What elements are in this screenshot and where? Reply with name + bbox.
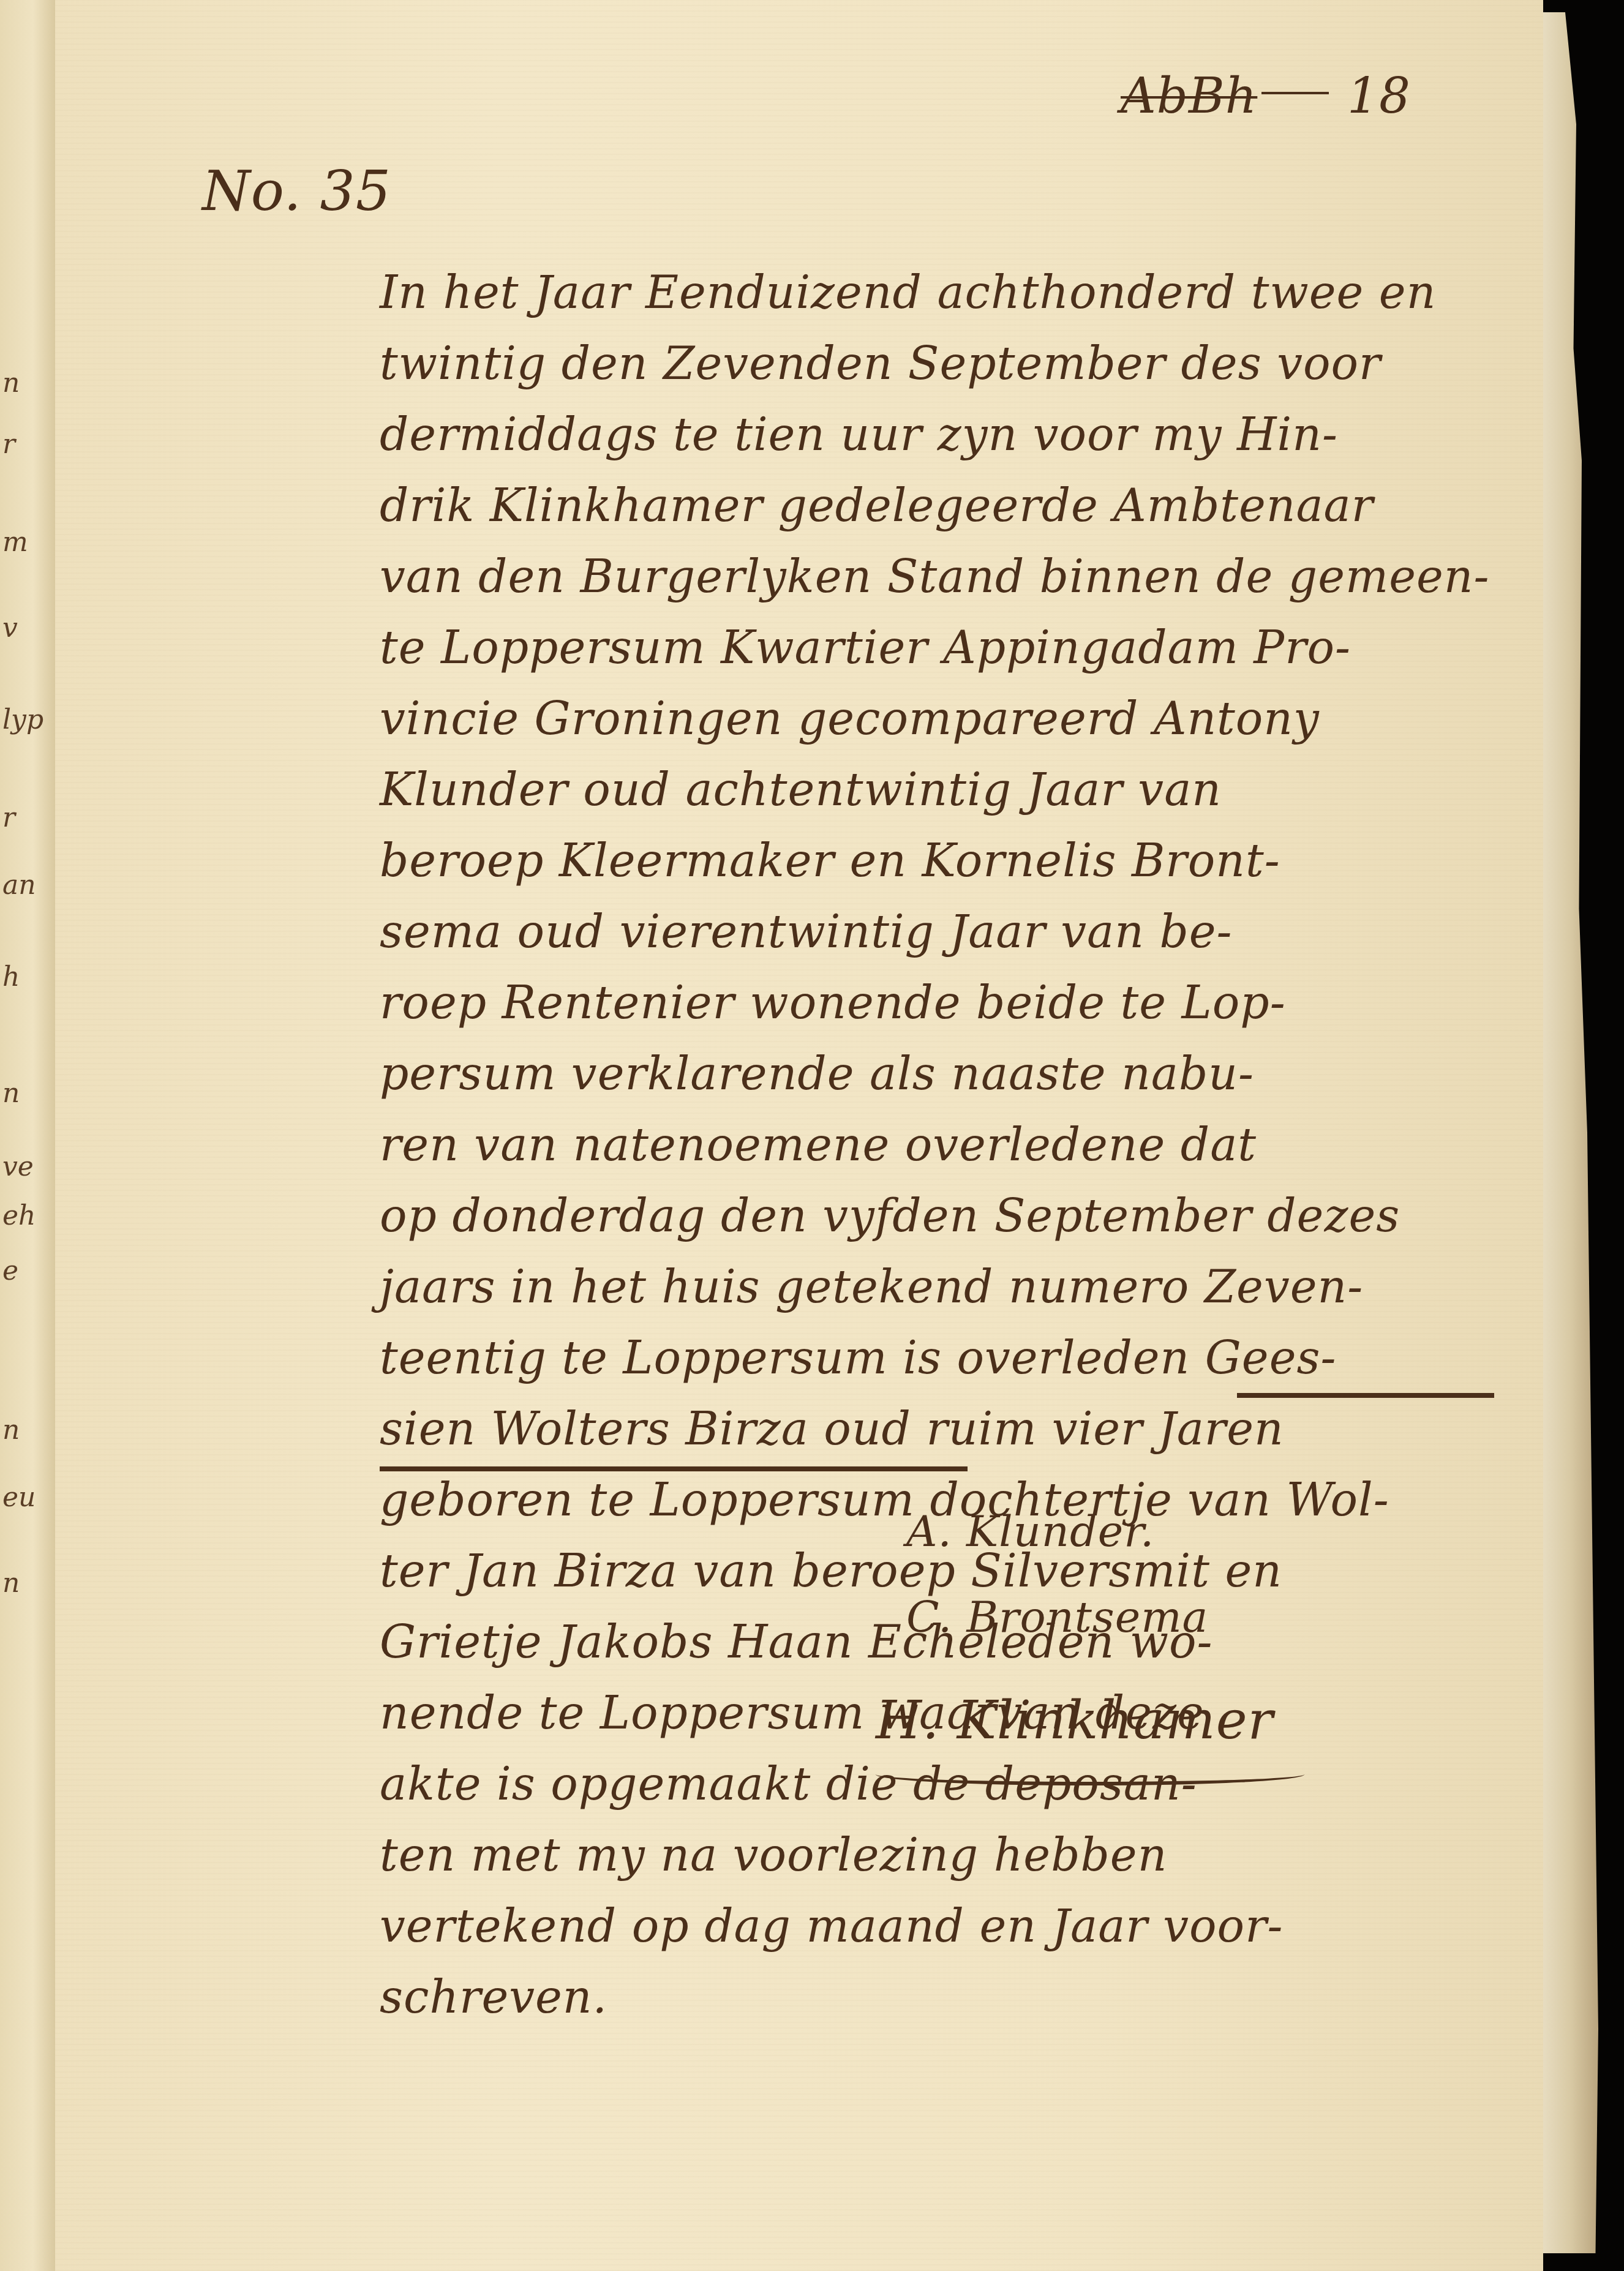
margin-fragment: r: [2, 802, 51, 833]
signature-klinkhamer: H. Klinkhamer: [876, 1690, 1274, 1751]
margin-fragment: h: [2, 961, 51, 993]
record-line: sema oud vierentwintig Jaar van be-: [380, 906, 1233, 958]
margin-fragment: m: [2, 527, 51, 558]
act-number: No. 35: [202, 159, 391, 223]
record-line: op donderdag den vyfden September dezes: [380, 1190, 1400, 1242]
record-line: In het Jaar Eenduizend achthonderd twee …: [380, 266, 1436, 319]
record-line: vincie Groningen gecompareerd Antony: [380, 693, 1320, 745]
record-line: twintig den Zevenden September des voor: [380, 337, 1381, 390]
margin-fragment: an: [2, 869, 51, 901]
record-line: vertekend op dag maand en Jaar voor-: [380, 1900, 1284, 1953]
deceased-name-underline-2: [380, 1466, 968, 1471]
record-line: sien Wolters Birza oud ruim vier Jaren: [380, 1403, 1284, 1455]
margin-fragment: e: [2, 1255, 51, 1286]
record-line: dermiddags te tien uur zyn voor my Hin-: [380, 408, 1338, 461]
record-line: ten met my na voorlezing hebben: [380, 1829, 1167, 1882]
deceased-name-underline-1: [1237, 1393, 1494, 1398]
record-line: geboren te Loppersum dochtertje van Wol-: [380, 1474, 1389, 1526]
folio-struck-mark: AbBh: [1121, 67, 1257, 124]
record-line: Klunder oud achtentwintig Jaar van: [380, 764, 1222, 816]
margin-fragment: lyp: [2, 704, 51, 735]
page-number: 18: [1347, 67, 1411, 124]
signature-brontsema: C. Brontsema: [906, 1592, 1208, 1642]
margin-fragment: ve: [2, 1151, 51, 1182]
record-line: jaars in het huis getekend numero Zeven-: [380, 1261, 1363, 1313]
page-edge: [1543, 12, 1598, 2253]
facing-page-edge: n r m v lyp r an h n ve eh e n eu n: [0, 0, 57, 2271]
signature-klunder: A. Klunder.: [906, 1506, 1154, 1556]
record-line: persum verklarende als naaste nabu-: [380, 1048, 1254, 1100]
record-line: schreven.: [380, 1971, 607, 2024]
margin-fragment: v: [2, 612, 51, 644]
margin-fragment: n: [2, 367, 51, 399]
record-line: ren van natenoemene overledene dat: [380, 1119, 1257, 1171]
margin-fragment: n: [2, 1414, 51, 1446]
signature-flourish: [876, 1763, 1304, 1785]
folio-dash: [1261, 92, 1329, 94]
record-line: te Loppersum Kwartier Appingadam Pro-: [380, 621, 1351, 674]
record-line: beroep Kleermaker en Kornelis Bront-: [380, 835, 1280, 887]
margin-fragment: n: [2, 1078, 51, 1109]
record-line: teentig te Loppersum is overleden Gees-: [380, 1332, 1336, 1384]
margin-fragment: eh: [2, 1200, 51, 1231]
record-line: drik Klinkhamer gedelegeerde Ambtenaar: [380, 479, 1374, 532]
margin-fragment: eu: [2, 1482, 51, 1513]
margin-fragment: n: [2, 1567, 51, 1599]
margin-fragment: r: [2, 429, 51, 460]
record-line: van den Burgerlyken Stand binnen de geme…: [380, 550, 1489, 603]
record-line: roep Rentenier wonende beide te Lop-: [380, 977, 1286, 1029]
